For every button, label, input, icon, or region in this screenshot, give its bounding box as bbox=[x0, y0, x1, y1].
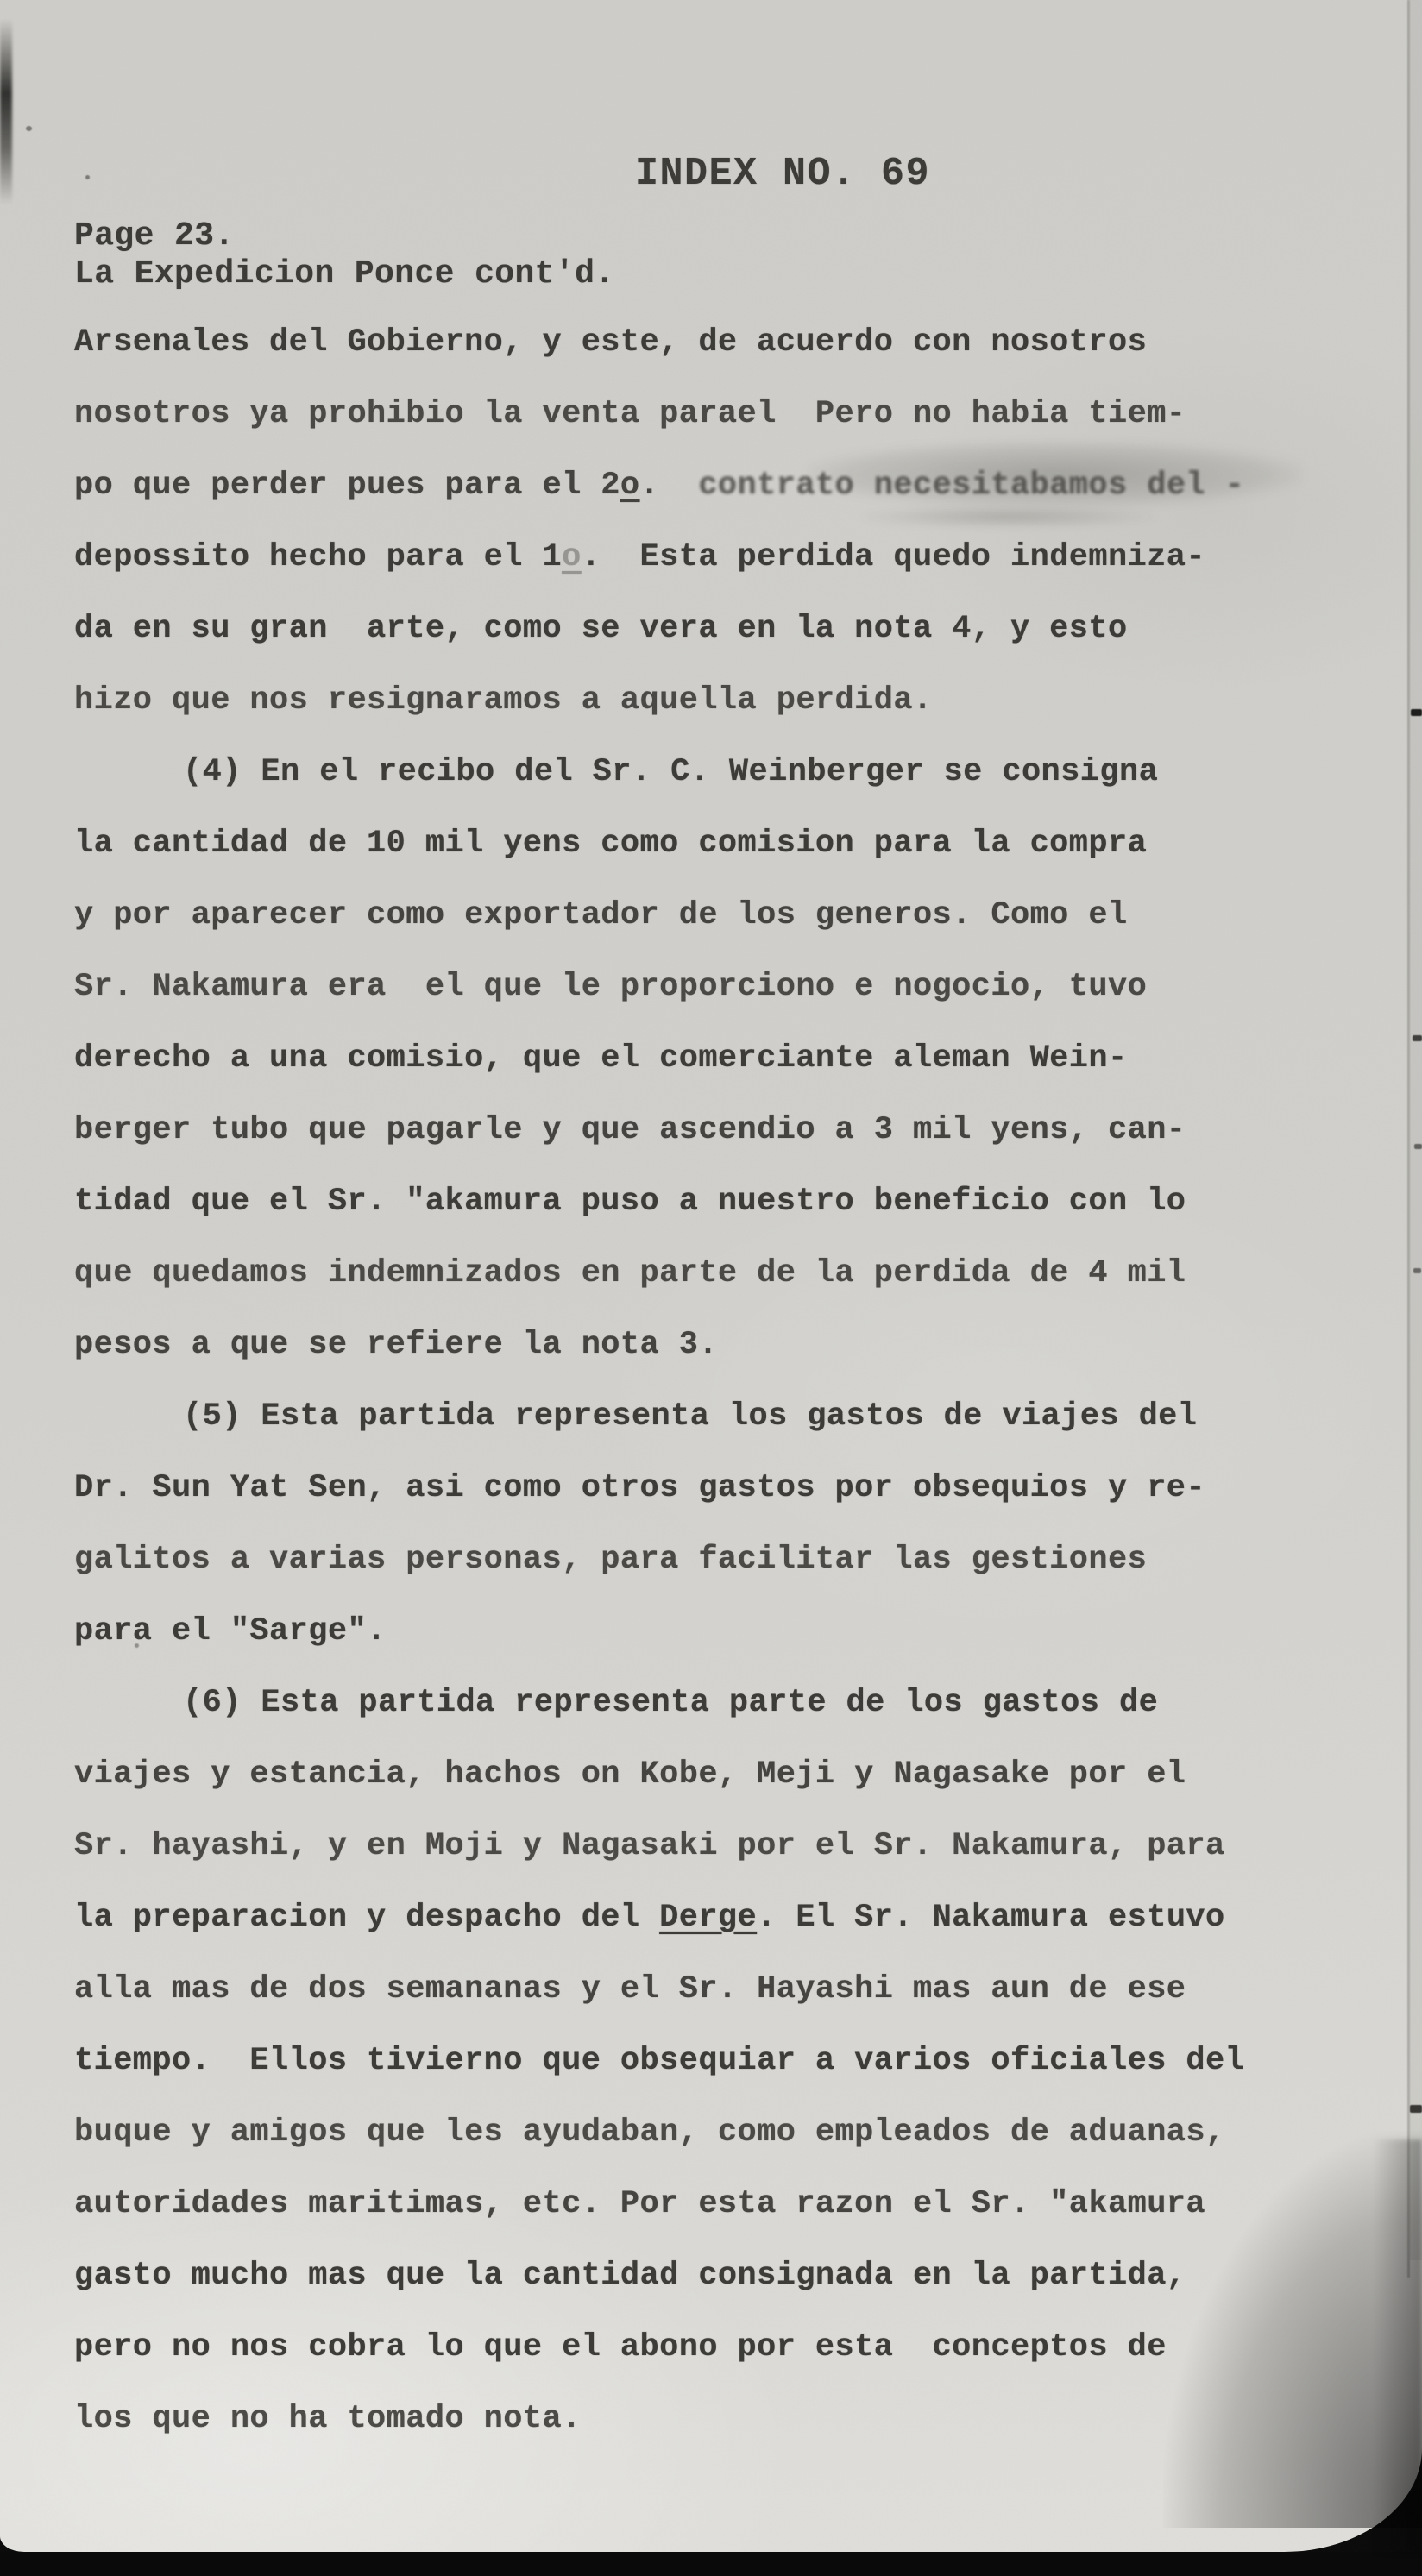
text-segment: da en su gran arte, como se vera en la n… bbox=[74, 611, 1128, 647]
text-segment: Sr. Nakamura era el que le proporciono e… bbox=[74, 969, 1147, 1005]
text-segment: (5) Esta partida representa los gastos d… bbox=[183, 1398, 1197, 1435]
text-segment: para el "Sarge". bbox=[74, 1613, 387, 1649]
text-segment: . bbox=[640, 468, 699, 504]
text-line: viajes y estancia, hachos on Kobe, Meji … bbox=[74, 1753, 1351, 1825]
text-line: gasto mucho mas que la cantidad consigna… bbox=[74, 2254, 1351, 2326]
text-line: que quedamos indemnizados en parte de la… bbox=[74, 1252, 1351, 1323]
text-line: galitos a varias personas, para facilita… bbox=[74, 1538, 1351, 1610]
text-line: Arsenales del Gobierno, y este, de acuer… bbox=[74, 321, 1351, 393]
text-segment: . Esta perdida quedo indemniza- bbox=[582, 539, 1205, 575]
text-segment: nosotros ya prohibio la venta parael Per… bbox=[74, 396, 1186, 432]
text-segment: o bbox=[562, 539, 582, 575]
scan-mark bbox=[1413, 1035, 1422, 1041]
text-line: depossito hecho para el 1o. Esta perdida… bbox=[74, 536, 1351, 607]
text-segment: los que no ha tomado nota. bbox=[74, 2401, 582, 2437]
text-segment: galitos a varias personas, para facilita… bbox=[74, 1542, 1147, 1578]
text-segment: berger tubo que pagarle y que ascendio a… bbox=[74, 1112, 1186, 1148]
scan-mark bbox=[1411, 709, 1422, 716]
text-segment: po que perder pues para el 2 bbox=[74, 468, 620, 504]
scan-edge-smudge bbox=[0, 19, 12, 204]
text-segment: pero no nos cobra lo que el abono por es… bbox=[74, 2329, 1167, 2366]
text-line: po que perder pues para el 2o. contrato … bbox=[74, 464, 1351, 536]
text-segment: la cantidad de 10 mil yens como comision… bbox=[74, 826, 1147, 862]
text-segment: tidad que el Sr. "akamura puso a nuestro… bbox=[74, 1184, 1186, 1220]
scan-mark bbox=[1410, 2105, 1422, 2113]
text-line: y por aparecer como exportador de los ge… bbox=[74, 894, 1351, 965]
text-line: da en su gran arte, como se vera en la n… bbox=[74, 607, 1351, 679]
text-segment: Sr. hayashi, y en Moji y Nagasaki por el… bbox=[74, 1828, 1225, 1864]
text-line: pero no nos cobra lo que el abono por es… bbox=[74, 2326, 1351, 2397]
text-line: tidad que el Sr. "akamura puso a nuestro… bbox=[74, 1180, 1351, 1252]
text-line: pesos a que se refiere la nota 3. bbox=[74, 1323, 1351, 1395]
text-segment: y por aparecer como exportador de los ge… bbox=[74, 897, 1128, 933]
text-segment: pesos a que se refiere la nota 3. bbox=[74, 1327, 718, 1363]
text-line: (6) Esta partida representa parte de los… bbox=[74, 1681, 1351, 1753]
ink-speck bbox=[85, 175, 90, 179]
text-segment: - bbox=[1205, 468, 1244, 504]
text-segment: derecho a una comisio, que el comerciant… bbox=[74, 1040, 1128, 1077]
text-line: Sr. Nakamura era el que le proporciono e… bbox=[74, 965, 1351, 1037]
text-line: los que no ha tomado nota. bbox=[74, 2397, 1351, 2469]
text-segment: Derge bbox=[659, 1900, 757, 1936]
text-segment: depossito hecho para el 1 bbox=[74, 539, 562, 575]
text-segment: contrato necesitabamos del bbox=[698, 468, 1205, 504]
text-segment: (6) Esta partida representa parte de los… bbox=[183, 1685, 1158, 1721]
text-line: hizo que nos resignaramos a aquella perd… bbox=[74, 679, 1351, 751]
document-body: Arsenales del Gobierno, y este, de acuer… bbox=[74, 321, 1351, 2469]
text-segment: gasto mucho mas que la cantidad consigna… bbox=[74, 2258, 1186, 2294]
text-segment: (4) En el recibo del Sr. C. Weinberger s… bbox=[183, 754, 1158, 790]
scan-mark bbox=[1414, 1144, 1422, 1149]
text-line: Sr. hayashi, y en Moji y Nagasaki por el… bbox=[74, 1825, 1351, 1896]
text-segment: alla mas de dos semananas y el Sr. Hayas… bbox=[74, 1971, 1186, 2007]
text-line: berger tubo que pagarle y que ascendio a… bbox=[74, 1109, 1351, 1180]
page-edge-line bbox=[1407, 0, 1410, 2278]
text-segment: Arsenales del Gobierno, y este, de acuer… bbox=[74, 324, 1147, 361]
page-edge-strip bbox=[1410, 0, 1422, 2260]
page-label: Page 23. bbox=[74, 217, 235, 254]
text-line: para el "Sarge". bbox=[74, 1610, 1351, 1681]
text-line: alla mas de dos semananas y el Sr. Hayas… bbox=[74, 1968, 1351, 2039]
text-line: la preparacion y despacho del Derge. El … bbox=[74, 1896, 1351, 1968]
text-line: (4) En el recibo del Sr. C. Weinberger s… bbox=[74, 751, 1351, 822]
index-number: INDEX NO. 69 bbox=[635, 152, 930, 196]
text-line: tiempo. Ellos tivierno que obsequiar a v… bbox=[74, 2039, 1351, 2111]
text-line: derecho a una comisio, que el comerciant… bbox=[74, 1037, 1351, 1109]
text-line: autoridades maritimas, etc. Por esta raz… bbox=[74, 2183, 1351, 2254]
text-line: (5) Esta partida representa los gastos d… bbox=[74, 1395, 1351, 1467]
text-segment: tiempo. Ellos tivierno que obsequiar a v… bbox=[74, 2043, 1244, 2079]
text-segment: buque y amigos que les ayudaban, como em… bbox=[74, 2114, 1225, 2151]
text-segment: la preparacion y despacho del bbox=[74, 1900, 659, 1936]
text-segment: viajes y estancia, hachos on Kobe, Meji … bbox=[74, 1756, 1186, 1793]
text-line: nosotros ya prohibio la venta parael Per… bbox=[74, 393, 1351, 464]
text-line: la cantidad de 10 mil yens como comision… bbox=[74, 822, 1351, 894]
text-segment: hizo que nos resignaramos a aquella perd… bbox=[74, 682, 933, 719]
text-segment: Dr. Sun Yat Sen, asi como otros gastos p… bbox=[74, 1470, 1205, 1506]
text-segment: o bbox=[620, 468, 640, 504]
ink-speck bbox=[26, 126, 32, 131]
text-line: buque y amigos que les ayudaban, como em… bbox=[74, 2111, 1351, 2183]
text-line: Dr. Sun Yat Sen, asi como otros gastos p… bbox=[74, 1467, 1351, 1538]
scan-mark bbox=[1413, 1268, 1421, 1273]
scanned-page: INDEX NO. 69 Page 23. La Expedicion Ponc… bbox=[0, 0, 1422, 2552]
text-segment: . El Sr. Nakamura estuvo bbox=[757, 1900, 1225, 1936]
text-segment: autoridades maritimas, etc. Por esta raz… bbox=[74, 2186, 1205, 2222]
text-segment: que quedamos indemnizados en parte de la… bbox=[74, 1255, 1186, 1291]
corner-shade bbox=[1374, 2139, 1422, 2554]
document-title: La Expedicion Ponce cont'd. bbox=[74, 255, 615, 292]
